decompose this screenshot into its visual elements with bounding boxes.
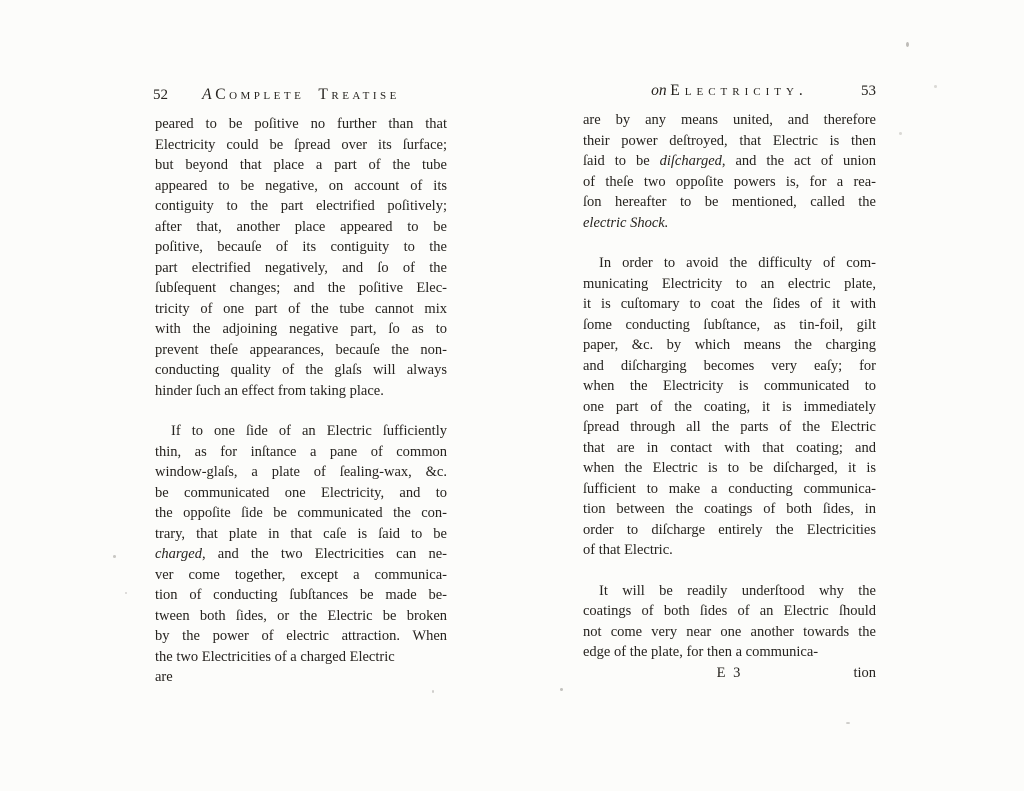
text-line: ſpread through all the parts of the Elec… <box>583 417 876 438</box>
right-page: on Electricity. 53 are by any means unit… <box>583 80 876 683</box>
left-running-header: 52 A Complete Treatiſe <box>155 84 447 106</box>
left-title-lead: A <box>202 86 211 103</box>
text-line: when the Electric is to be diſcharged, i… <box>583 458 876 479</box>
text-line: trary, that plate in that caſe is ſaid t… <box>155 524 447 545</box>
text-line: window-glaſs, a plate of ſealing-wax, &c… <box>155 462 447 483</box>
text-line: tween both ſides, or the Electric be bro… <box>155 606 447 627</box>
text-line: electric Shock. <box>583 213 876 234</box>
text-line: tion between the coatings of both ſides,… <box>583 499 876 520</box>
left-running-title: A Complete Treatiſe <box>155 84 447 106</box>
text-line: tion of conducting ſubſtances be made be… <box>155 585 447 606</box>
paragraph: are by any means united, and thereforeth… <box>583 110 876 233</box>
scanned-book-spread: 52 A Complete Treatiſe peared to be poſi… <box>0 0 1024 791</box>
scan-speck <box>934 85 937 88</box>
text-line: thin, as for inſtance a pane of common <box>155 442 447 463</box>
text-line: coatings of both ſides of an Electric ſh… <box>583 601 876 622</box>
paragraph: In order to avoid the difficulty of com-… <box>583 253 876 561</box>
scan-speck <box>899 132 902 135</box>
text-line: In order to avoid the difficulty of com- <box>583 253 876 274</box>
catchword: tion <box>853 663 876 684</box>
right-page-body: are by any means united, and thereforeth… <box>583 110 876 663</box>
text-line: edge of the plate, for then a communica- <box>583 642 876 663</box>
text-line: Electricity could be ſpread over its ſur… <box>155 135 447 156</box>
text-line: paper, &c. by which means the charging <box>583 335 876 356</box>
paragraph: If to one ſide of an Electric ſufficient… <box>155 421 447 667</box>
text-line: prevent theſe appearances, becauſe the n… <box>155 340 447 361</box>
text-line: are by any means united, and therefore <box>583 110 876 131</box>
right-title-text: Electricity. <box>670 82 808 99</box>
right-running-header: on Electricity. 53 <box>583 80 876 102</box>
text-line: hinder ſuch an effect from taking place. <box>155 381 447 402</box>
text-line: ſon hereafter to be mentioned, called th… <box>583 192 876 213</box>
text-line: with the adjoining negative part, ſo as … <box>155 319 447 340</box>
text-line: after that, another place appeared to be <box>155 217 447 238</box>
text-line: the two Electricities of a charged Elect… <box>155 647 447 668</box>
catchword: are <box>155 669 173 685</box>
text-line: when the Electricity is communicated to <box>583 376 876 397</box>
left-title-text: Complete Treatiſe <box>215 86 400 103</box>
text-line: by the power of electric attraction. Whe… <box>155 626 447 647</box>
catchword-row: are <box>155 667 447 688</box>
text-line: ſaid to be diſcharged, and the act of un… <box>583 151 876 172</box>
scan-speck <box>113 555 116 558</box>
scan-speck <box>432 690 434 693</box>
text-line: but beyond that place a part of the tube <box>155 155 447 176</box>
scan-speck <box>560 688 563 691</box>
text-line: peared to be poſitive no further than th… <box>155 114 447 135</box>
text-line: that are in contact with that coating; a… <box>583 438 876 459</box>
text-line: of theſe two oppoſite powers is, for a r… <box>583 172 876 193</box>
text-line: ſufficient to make a conducting communic… <box>583 479 876 500</box>
text-line: the oppoſite ſide be communicated the co… <box>155 503 447 524</box>
text-line: their power deſtroyed, that Electric is … <box>583 131 876 152</box>
scan-speck <box>906 42 909 47</box>
text-line: part electrified negatively, and ſo of t… <box>155 258 447 279</box>
scan-speck <box>846 722 850 724</box>
paragraph: It will be readily underſtood why thecoa… <box>583 581 876 663</box>
text-line: If to one ſide of an Electric ſufficient… <box>155 421 447 442</box>
text-line: ver come together, except a communica- <box>155 565 447 586</box>
left-page-body: peared to be poſitive no further than th… <box>155 114 447 667</box>
signature-mark: E 3 <box>583 663 876 684</box>
right-page-number: 53 <box>861 80 876 102</box>
text-line: be communicated one Electricity, and to <box>155 483 447 504</box>
footer-row: E 3 tion <box>583 663 876 684</box>
text-line: ſome conducting ſubſtance, as tin-foil, … <box>583 315 876 336</box>
text-line: charged, and the two Electricities can n… <box>155 544 447 565</box>
left-page: 52 A Complete Treatiſe peared to be poſi… <box>155 84 447 688</box>
right-running-title: on Electricity. <box>583 80 876 102</box>
text-line: order to diſcharge entirely the Electric… <box>583 520 876 541</box>
text-line: tricity of one part of the tube cannot m… <box>155 299 447 320</box>
paragraph: peared to be poſitive no further than th… <box>155 114 447 401</box>
text-line: ſubſequent changes; and the poſitive Ele… <box>155 278 447 299</box>
scan-speck <box>125 592 127 594</box>
text-line: it is cuſtomary to coat the ſides of it … <box>583 294 876 315</box>
text-line: conducting quality of the glaſs will alw… <box>155 360 447 381</box>
text-line: appeared to be negative, on account of i… <box>155 176 447 197</box>
text-line: municating Electricity to an electric pl… <box>583 274 876 295</box>
right-title-lead: on <box>651 82 667 99</box>
text-line: and diſcharging becomes very eaſy; for <box>583 356 876 377</box>
text-line: It will be readily underſtood why the <box>583 581 876 602</box>
text-line: one part of the coating, it is immediate… <box>583 397 876 418</box>
text-line: poſitive, becauſe of its contiguity to t… <box>155 237 447 258</box>
text-line: contiguity to the part electrified poſit… <box>155 196 447 217</box>
left-page-number: 52 <box>153 84 168 106</box>
text-line: not come very near one another towards t… <box>583 622 876 643</box>
text-line: of that Electric. <box>583 540 876 561</box>
